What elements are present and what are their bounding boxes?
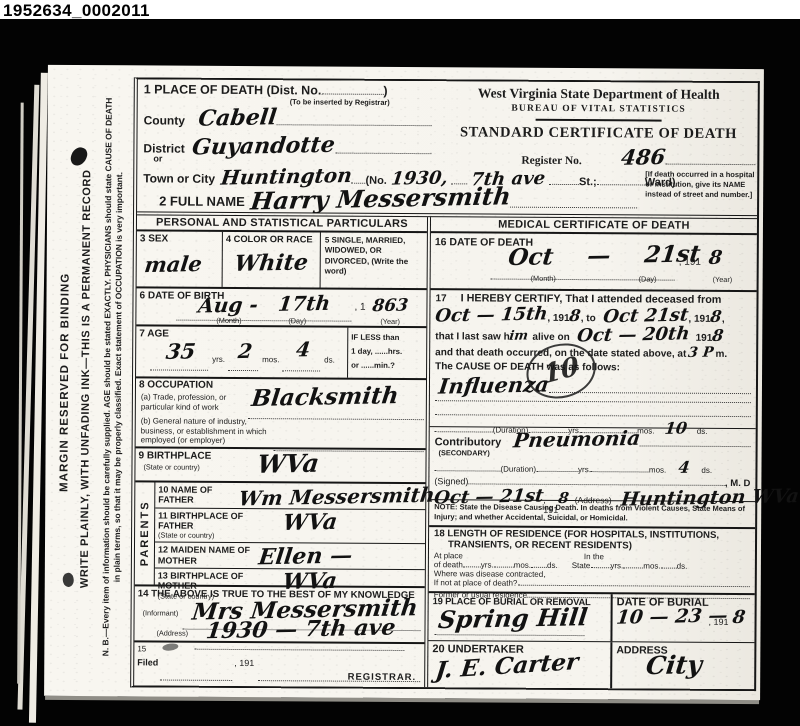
yrs-label: yrs.	[578, 465, 591, 474]
bureau-subtitle: BUREAU OF VITAL STATISTICS	[438, 103, 760, 115]
ink-blot	[61, 572, 75, 588]
dotted-line	[468, 477, 725, 486]
last-saw-hw: im	[509, 330, 529, 343]
dotted-line	[661, 562, 677, 569]
year-printed: , 191	[709, 617, 729, 627]
hospital-instruction-note: [If death occurred in a hospital or inst…	[645, 169, 757, 199]
attended-from-year: 8	[569, 308, 582, 324]
year-printed: , 191	[547, 312, 569, 326]
undertaker-address-value: City	[645, 652, 704, 678]
informant-label: (Informant)	[143, 608, 179, 617]
informant-row: 14 THE ABOVE IS TRUE TO THE BEST OF MY K…	[134, 586, 424, 644]
death-time-value: 3 P	[687, 346, 714, 360]
signature-date-line: Oct — 21st , 191 8 (Address) Huntington …	[434, 487, 750, 516]
month-sublabel: (Month)	[531, 274, 556, 283]
contrib-duration-line: (Duration) yrs. mos. 4 ds.	[434, 458, 750, 476]
burial-date-cell: DATE OF BURIAL 10 — 23 — , 191 8	[612, 594, 754, 641]
filed-item-no: 15	[137, 644, 146, 654]
dotted-line	[591, 465, 649, 472]
age-main-cell: 7 AGE 35 yrs. 2 mos. 4 ds.	[136, 326, 348, 377]
contrib-duration-days-value: 4	[677, 460, 690, 476]
undertaker-cell: 20 UNDERTAKER J. E. Carter	[428, 641, 612, 689]
if-less-line3: or ......min.?	[351, 359, 423, 373]
yrs-label: yrs.	[481, 560, 494, 569]
sex-value: male	[143, 253, 203, 275]
header-rule	[536, 119, 662, 122]
ds-label: ds.	[677, 562, 688, 571]
signed-label: (Signed)	[434, 476, 468, 486]
register-no-label: Register No.	[521, 155, 582, 167]
dotted-line	[282, 357, 320, 371]
dotted-line	[176, 307, 351, 322]
sex-label: 3 SEX	[140, 233, 219, 244]
county-line: County Cabell	[144, 106, 432, 130]
contributory-label: Contributory	[435, 436, 502, 448]
medical-column: MEDICAL CERTIFICATE OF DEATH 16 DATE OF …	[428, 217, 757, 689]
dotted-line	[463, 561, 481, 568]
dotted-line	[494, 561, 514, 568]
contributory-line: Contributory Pneumonia	[435, 428, 751, 450]
signature-address-value: Huntington WVa	[620, 487, 800, 510]
contracted-question: If not at place of death?	[434, 578, 518, 588]
burial-block: 19 PLACE OF BURIAL OR REMOVAL Spring Hil…	[428, 593, 755, 689]
ds-label: ds.	[701, 466, 712, 475]
signature-date-value: Oct — 21st	[433, 487, 545, 507]
full-name-value: Harry Messersmith	[249, 184, 512, 213]
in-the-label: In the	[584, 552, 604, 561]
full-name-line: 2 FULL NAME Harry Messersmith	[159, 186, 637, 213]
date-of-birth-row: 6 DATE OF BIRTH Aug - 17th , 1 863 (Mont…	[136, 288, 426, 328]
contributory-value: Pneumonia	[512, 428, 641, 451]
mos-label: mos.	[262, 355, 279, 365]
attended-to-year: 8	[710, 309, 723, 325]
dotted-line	[597, 172, 645, 186]
district-line: District Guyandotte	[143, 134, 431, 158]
street-suffix-label: St.;	[579, 176, 597, 188]
certificate-paper: N. B.—Every item of information should b…	[44, 65, 764, 700]
dotted-line	[277, 112, 432, 127]
burial-row: 19 PLACE OF BURIAL OR REMOVAL Spring Hil…	[428, 593, 754, 642]
last-seen-year: 8	[711, 328, 724, 344]
dotted-line	[623, 562, 643, 569]
filed-year-printed: , 191	[234, 658, 254, 668]
if-less-line1: IF LESS than	[351, 331, 423, 345]
dotted-line	[228, 357, 258, 371]
certificate-form: 1 PLACE OF DEATH (Dist. No.) (To be inse…	[130, 77, 760, 691]
mos-label: mos.	[514, 561, 531, 570]
dotted-line	[517, 579, 749, 587]
department-title: West Virginia State Department of Health	[438, 85, 760, 103]
to-label: , to	[581, 312, 596, 326]
sex-color-marital-row: 3 SEX male 4 COLOR OR RACE White 5 SINGL…	[137, 231, 427, 290]
parents-vertical-label: PARENTS	[135, 482, 156, 584]
scan-id-label: 1952634_0002011	[3, 1, 150, 21]
contracted-line2: If not at place of death?	[434, 578, 750, 589]
ds-label: ds.	[324, 356, 335, 366]
day-sublabel: (Day)	[288, 316, 306, 325]
occupation-a-label: (a) Trade, profession, or particular kin…	[141, 392, 249, 412]
age-label: 7 AGE	[139, 328, 169, 339]
dotted-line	[150, 356, 208, 370]
scan-viewer: 1952634_0002011 N. B.—Every item of info…	[0, 0, 800, 726]
informant-address-label: (Address)	[156, 628, 188, 637]
registrar-insert-note: (To be inserted by Registrar)	[290, 97, 390, 107]
dotted-line	[321, 84, 383, 95]
birthplace-value: WVa	[256, 451, 321, 477]
dob-year-value: 863	[371, 298, 409, 316]
residence-label-line2: TRANSIENTS, OR RECENT RESIDENTS)	[448, 539, 750, 552]
yrs-label: yrs.	[610, 561, 623, 570]
father-birthplace-label: 11 BIRTHPLACE OF FATHER	[158, 510, 246, 531]
dotted-line	[510, 194, 637, 208]
personal-column: PERSONAL AND STATISTICAL PARTICULARS 3 S…	[134, 215, 431, 687]
personal-section-title: PERSONAL AND STATISTICAL PARTICULARS	[137, 215, 427, 233]
attended-from-value: Oct — 15th	[434, 305, 548, 325]
father-name-value: Wm Messersmith	[238, 485, 436, 509]
birthplace-row: 9 BIRTHPLACE (State or country) WVa	[135, 448, 425, 484]
dotted-line	[531, 561, 547, 568]
register-no-line: Register No. 486	[521, 146, 755, 168]
color-race-value: White	[233, 251, 309, 274]
if-less-cell: IF LESS than 1 day, ......hrs. or ......…	[348, 328, 426, 378]
signature-address-label: (Address)	[575, 495, 612, 505]
filed-row: 15 Filed , 191 REGISTRAR.	[134, 642, 424, 687]
medical-section-title: MEDICAL CERTIFICATE OF DEATH	[431, 217, 757, 235]
state-or-country-sublabel: (State or country)	[143, 462, 199, 471]
year-sublabel: (Year)	[713, 275, 733, 284]
dotted-line	[549, 171, 579, 185]
town-label: Town or City	[143, 171, 215, 185]
month-sublabel: (Month)	[216, 316, 241, 325]
color-race-cell: 4 COLOR OR RACE White	[223, 232, 321, 288]
margin-note-write-plainly: WRITE PLAINLY, WITH UNFADING INK—THIS IS…	[78, 105, 99, 653]
margin-note-binding: MARGIN RESERVED FOR BINDING	[58, 215, 76, 550]
color-race-label: 4 COLOR OR RACE	[226, 234, 317, 245]
dotted-line	[640, 433, 751, 447]
ds-label: ds.	[547, 561, 558, 570]
county-label: County	[144, 113, 185, 127]
father-name-label: 10 NAME OF FATHER	[158, 485, 246, 506]
last-saw-line: that I last saw him alive on Oct — 20th …	[435, 325, 751, 346]
registrar-label: REGISTRAR.	[348, 672, 417, 683]
residence-block: 18 LENGTH OF RESIDENCE (FOR HOSPITALS, I…	[429, 527, 755, 595]
burial-year-value: 8	[731, 609, 746, 627]
of-death-label: of death	[434, 560, 463, 569]
if-less-line2: 1 day, ......hrs.	[351, 345, 423, 359]
dotted-line	[536, 465, 578, 472]
occupation-label: 8 OCCUPATION	[139, 379, 213, 390]
dotted-line	[351, 170, 365, 184]
yrs-label: yrs.	[212, 355, 225, 365]
year-printed: , 191	[543, 495, 558, 515]
or-label: or	[153, 153, 162, 163]
undertaker-address-cell: ADDRESS City	[612, 642, 754, 689]
dod-year-printed: , 191	[679, 257, 701, 268]
father-birthplace-value: WVa	[282, 511, 339, 534]
undertaker-row: 20 UNDERTAKER J. E. Carter ADDRESS City	[428, 641, 754, 689]
county-value: Cabell	[197, 106, 278, 130]
year-sublabel: (Year)	[380, 317, 400, 326]
day-sublabel: (Day)	[639, 274, 657, 283]
register-no-value: 486	[621, 146, 668, 168]
last-saw-printed: that I last saw h	[435, 330, 510, 344]
occupation-b-label: (b) General nature of industry, business…	[141, 416, 273, 446]
district-value: Guyandotte	[191, 134, 336, 159]
mother-name-label: 12 MAIDEN NAME OF MOTHER	[158, 545, 268, 566]
burial-place-cell: 19 PLACE OF BURIAL OR REMOVAL Spring Hil…	[428, 593, 612, 641]
birthplace-label: 9 BIRTHPLACE	[139, 450, 212, 461]
certification-block: 17 I HEREBY CERTIFY, That I attended dec…	[430, 290, 757, 429]
duration-label: (Duration)	[500, 465, 536, 474]
father-birthplace-row: 11 BIRTHPLACE OF FATHER (State or countr…	[155, 508, 425, 544]
place-of-death-label: 1 PLACE OF DEATH (Dist. No.)	[144, 82, 388, 97]
certify-item-no: 17	[435, 292, 446, 306]
occupation-row: 8 OCCUPATION (a) Trade, profession, or p…	[136, 378, 426, 450]
dod-year-value: 8	[708, 249, 724, 268]
mother-name-row: 12 MAIDEN NAME OF MOTHER Ellen —	[155, 543, 425, 570]
sex-cell: 3 SEX male	[137, 231, 223, 287]
mos-label: mos.	[643, 561, 660, 570]
marital-cell: 5 SINGLE, MARRIED, WIDOWED, OR DIVORCED,…	[321, 232, 427, 288]
mother-name-value: Ellen —	[257, 545, 353, 569]
dotted-line	[335, 140, 432, 154]
form-header: 1 PLACE OF DEATH (Dist. No.) (To be inse…	[137, 79, 758, 219]
certificate-title: STANDARD CERTIFICATE OF DEATH	[437, 124, 759, 143]
state-label: State	[572, 561, 591, 570]
dotted-line	[434, 621, 584, 636]
age-row: 7 AGE 35 yrs. 2 mos. 4 ds. IF L	[136, 326, 426, 380]
signature-year-value: 8	[557, 491, 569, 506]
district-label: District	[143, 141, 184, 155]
dob-year-printed: , 1	[354, 302, 365, 313]
father-name-row: 10 NAME OF FATHER Wm Messersmith	[155, 482, 425, 509]
contributory-block: Contributory Pneumonia (SECONDARY) (Dura…	[429, 427, 755, 502]
form-columns: PERSONAL AND STATISTICAL PARTICULARS 3 S…	[134, 215, 757, 689]
dotted-line	[434, 464, 500, 471]
dotted-line	[160, 667, 232, 681]
m-label: m.	[715, 348, 727, 362]
date-of-death-row: 16 DATE OF DEATH Oct — 21st , 191 8 (Mon…	[431, 233, 757, 292]
filed-label: Filed	[137, 657, 158, 667]
parents-rows: 10 NAME OF FATHER Wm Messersmith 11 BIRT…	[155, 482, 426, 586]
margin-note-nb: N. B.—Every item of information should b…	[100, 93, 129, 661]
mos-label: mos.	[649, 465, 666, 474]
attended-dates-line: Oct — 15th, 1918, to Oct 21st, 1918,	[435, 306, 751, 327]
full-name-label: 2 FULL NAME	[159, 194, 245, 210]
dotted-line	[435, 406, 751, 416]
year-printed: , 191	[688, 313, 710, 327]
last-seen-value: Oct — 20th	[576, 325, 690, 345]
dotted-line	[248, 405, 424, 420]
dotted-line	[666, 151, 756, 165]
dotted-line	[590, 561, 610, 568]
parents-group: PARENTS 10 NAME OF FATHER Wm Messersmith…	[135, 482, 426, 588]
